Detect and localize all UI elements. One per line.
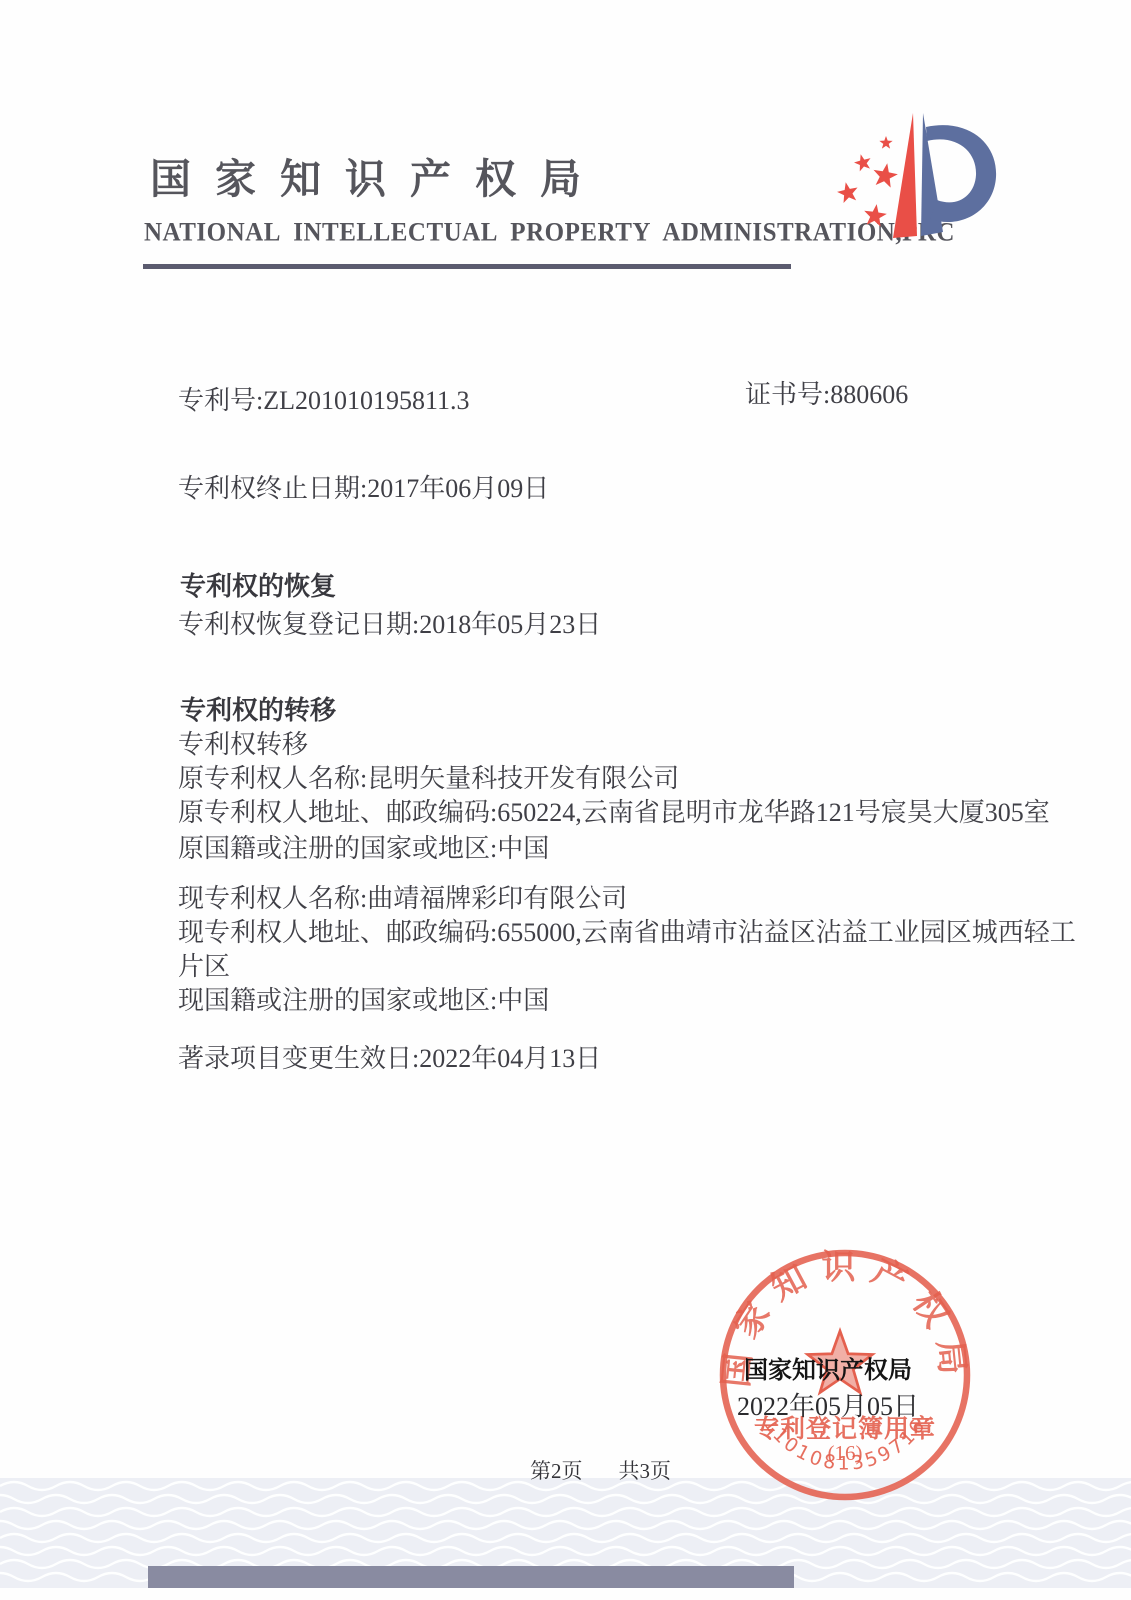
patent-register-page: 国家知识产权局 NATIONAL INTELLECTUAL PROPERTY A… — [0, 0, 1131, 1600]
effective-date-line: 著录项目变更生效日:2022年04月13日 — [178, 1038, 601, 1075]
transfer-subheading: 专利权转移 — [178, 724, 308, 761]
logo-red-wedge — [893, 113, 917, 238]
stamp-date: 2022年05月05日 — [737, 1386, 919, 1423]
page-footer: 第2页 共3页 — [530, 1455, 671, 1485]
new-owner-address-line1: 现专利权人地址、邮政编码:655000,云南省曲靖市沾益区沾益工业园区城西轻工 — [178, 912, 1076, 949]
new-owner-country: 现国籍或注册的国家或地区:中国 — [178, 980, 549, 1017]
old-owner-address: 原专利权人地址、邮政编码:650224,云南省昆明市龙华路121号宸昊大厦305… — [178, 792, 1050, 829]
stamp-agency-name: 国家知识产权局 — [744, 1350, 912, 1385]
termination-date-line: 专利权终止日期:2017年06月09日 — [178, 468, 549, 505]
page-total: 共3页 — [619, 1455, 672, 1485]
old-owner-country: 原国籍或注册的国家或地区:中国 — [178, 828, 549, 865]
page-current: 第2页 — [530, 1455, 583, 1485]
certificate-number: 证书号:880606 — [745, 374, 908, 411]
bottom-bar — [148, 1566, 794, 1588]
cnipa-logo-icon — [810, 105, 1000, 265]
agency-title-cn: 国家知识产权局 — [150, 146, 605, 205]
restoration-register-date: 专利权恢复登记日期:2018年05月23日 — [178, 604, 601, 641]
transfer-heading: 专利权的转移 — [180, 690, 336, 727]
logo-p-loop — [926, 125, 996, 222]
old-owner-name: 原专利权人名称:昆明矢量科技开发有限公司 — [178, 758, 679, 795]
patent-number: 专利号:ZL201010195811.3 — [178, 380, 470, 417]
new-owner-name: 现专利权人名称:曲靖福牌彩印有限公司 — [178, 878, 627, 915]
restoration-heading: 专利权的恢复 — [180, 566, 336, 603]
new-owner-address-line2: 片区 — [178, 946, 230, 983]
header-divider — [143, 264, 791, 269]
